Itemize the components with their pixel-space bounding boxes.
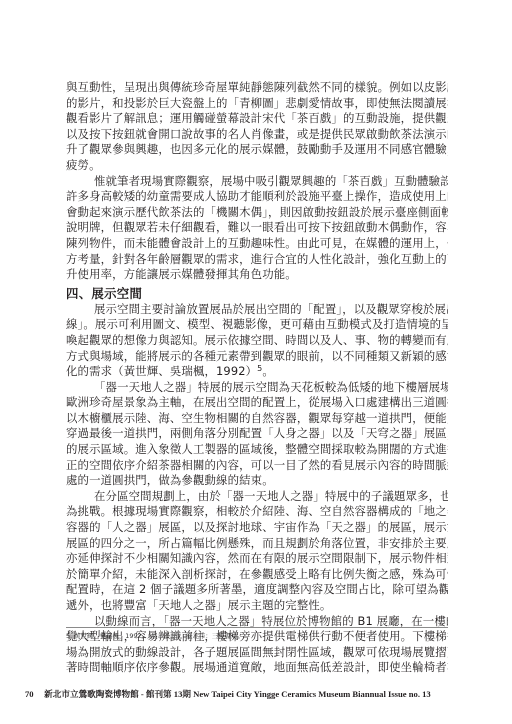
footnote: 5. 黃世輝、吳瑞楓，1992。《展示設計》。臺北市：三民書局。 [66, 632, 244, 641]
page-footer: 70 新北市立鶯歌陶瓷博物館 - 館刊第 13期 New Taipei City… [25, 688, 431, 700]
text-line: 展區的四分之一，所占篇幅比例懸殊，而且規劃於角落位置，非安排於主要展區。雖然 2… [66, 536, 448, 552]
text-line: 說明牌，但觀眾若未仔細觀看，難以一眼看出可按下按鈕啟動木偶動作，容易誤認為木偶僅… [66, 220, 448, 236]
paragraph-observation: 惟就筆者現場實際觀察，展場中吸引觀眾興趣的「茶百戲」互動體驗設施，由於臺座高度較… [66, 174, 448, 283]
text-line: 容器的「人之器」展區，以及探討地球、宇宙作為「天之器」的展區，展示空間都僅約「地… [66, 520, 448, 536]
text-line: 喚起觀眾的想像力與認知。展示依據空間、時間以及人、事、物的轉變而有所不同，不受限… [66, 333, 448, 349]
text-line: 方式與場域，能將展示的各種元素帶到觀眾的眼前，以不同種類又新穎的感官體驗，滿足觀… [66, 349, 448, 365]
text-column: 與互動性，呈現出與傳統珍奇屋單純靜態陳列截然不同的樣貌。例如以皮影戲演繹寧封子製… [66, 80, 448, 676]
publication-title: 新北市立鶯歌陶瓷博物館 - 館刊第 13期 New Taipei City Yi… [44, 689, 431, 699]
text-line: 處的一道圓拱門，做為參觀動線的結束。 [66, 473, 448, 489]
text-line: 疲勞。 [66, 158, 448, 174]
text-line: 與互動性，呈現出與傳統珍奇屋單純靜態陳列截然不同的樣貌。例如以皮影戲演繹寧封子製… [66, 80, 448, 96]
text-line: 升了觀眾參與興趣，也因多元化的展示媒體，鼓勵動手及運用不同感官體驗，分散了觀展時… [66, 142, 448, 158]
text-line: 惟就筆者現場實際觀察，展場中吸引觀眾興趣的「茶百戲」互動體驗設施，由於臺座高度較… [66, 174, 448, 190]
text-line: 於簡單介紹，未能深入剖析探討，在參觀感受上略有比例失衡之感，殊為可惜。若於規劃整… [66, 567, 448, 583]
citation-text: 化的需求（黃世輝、吳瑞楓，1992） [66, 364, 257, 378]
text-line: 著時間軸順序依序參觀。展場通道寬敞，地面無高低差設計，即使坐輪椅者亦可順利進出移… [66, 660, 448, 676]
text-line: 「器一天地人之器」特展的展示空間為天花板較為低矮的地下樓層展場，整體空間以重現早… [66, 380, 448, 396]
text-line: 許多身高較矮的幼童需要成人協助才能順利於設施平臺上操作，造成使用上的不便；而按下… [66, 189, 448, 205]
sentence-end: 。 [262, 364, 274, 378]
paragraph-space-layout: 「器一天地人之器」特展的展示空間為天花板較為低矮的地下樓層展場，整體空間以重現早… [66, 380, 448, 489]
text-line: 方考量，針對各年齡層觀眾的需求，進行合宜的人性化設計，強化互動上的可視、便利性，… [66, 252, 448, 268]
paragraph-space-intro: 展示空間主要討論放置展品於展出空間的「配置」，以及觀眾穿梭於展出空間觀賞展品的「… [66, 302, 448, 380]
text-line: 觀看影片了解訊息；運用觸碰螢幕設計宋代「茶百戲」的互動設施，提供觀眾用手指在茶湯… [66, 111, 448, 127]
page-number: 70 [25, 689, 42, 699]
text-line: 場為開放式的動線設計，各子題展區間無封閉性區域，觀眾可依現場展覽摺頁或工作人員引… [66, 645, 448, 661]
text-line: 亦延伸探討不少相關知識內容，然而在有限的展示空間限制下，展示物件相對精簡，展示說… [66, 551, 448, 567]
footnote-divider [66, 627, 448, 628]
paragraph-zoning: 在分區空間規劃上，由於「器一天地人之器」特展中的子議題眾多，也令展示空間規劃配置… [66, 489, 448, 614]
text-line: 遞外，也將豐富「天地人之器」展示主題的完整性。 [66, 598, 448, 614]
text-line: 以木櫥櫃展示陸、海、空生物相關的自然容器，觀眾每穿越一道拱門，便能見到不同的子題… [66, 411, 448, 427]
text-line: 在分區空間規劃上，由於「器一天地人之器」特展中的子議題眾多，也令展示空間規劃配置… [66, 489, 448, 505]
text-line: 配置時，在這 2 個子議題多所著墨，適度調整內容及空間占比，除可望為觀眾帶來更全… [66, 582, 448, 598]
text-line: 陳列物件，而未能體會設計上的互動趣味性。由此可見，在媒體的運用上，仍需站在使用者… [66, 236, 448, 252]
text-line: 升使用率，方能讓展示媒體發揮其角色功能。 [66, 267, 448, 283]
text-line: 歐洲珍奇屋景象為主軸，在展出空間的配置上，從展場入口處建構出三道圓拱門，所間隔出… [66, 395, 448, 411]
text-line: 為挑戰。根據現場實際觀察，相較於介紹陸、海、空自然容器構成的「地之器」展區，將人… [66, 504, 448, 520]
paragraph-continuation: 與互動性，呈現出與傳統珍奇屋單純靜態陳列截然不同的樣貌。例如以皮影戲演繹寧封子製… [66, 80, 448, 174]
text-line: 會動起來演示歷代飲茶法的「機關木偶」，則因啟動按鈕設於展示臺座側面較不明顯，雖然… [66, 205, 448, 221]
text-line-with-citation: 化的需求（黃世輝、吳瑞楓，1992）5。 [66, 364, 448, 380]
section-heading: 四、展示空間 [66, 285, 448, 302]
text-line: 正的空間依序介紹茶器相關的內容，可以一目了然的看見展示內容的時間脈絡，最後以穿越… [66, 458, 448, 474]
text-line: 展示空間主要討論放置展品於展出空間的「配置」，以及觀眾穿梭於展出空間觀賞展品的「… [66, 302, 448, 318]
paragraph-circulation: 以動線而言，「器一天地人之器」特展位於博物館的 B1 展廳，在一樓的樓梯間設有展… [66, 614, 448, 676]
document-page: 與互動性，呈現出與傳統珍奇屋單純靜態陳列截然不同的樣貌。例如以皮影戲演繹寧封子製… [0, 0, 512, 724]
text-line: 穿過最後一道拱門，兩側角落分別配置「人身之器」以及「天穹之器」展區，結束以自然容… [66, 426, 448, 442]
text-line: 以及按下按鈕就會開口說故事的名人肖像畫，或是提供民眾啟動飲茶法演示的木製機關玩偶… [66, 127, 448, 143]
text-line: 的展示區域。進入象徵人工製器的區域後，整體空間採取較為開闊的方式進行規劃，間隔出… [66, 442, 448, 458]
text-line: 的影片，和投影於巨大瓷盤上的「青柳圖」悲劇愛情故事，即使無法閱讀展板文字的觀眾族… [66, 96, 448, 112]
text-line: 線」。展示可利用圖文、模型、視聽影像，更可藉由互動模式及打造情境的呈現，將抽象概… [66, 317, 448, 333]
